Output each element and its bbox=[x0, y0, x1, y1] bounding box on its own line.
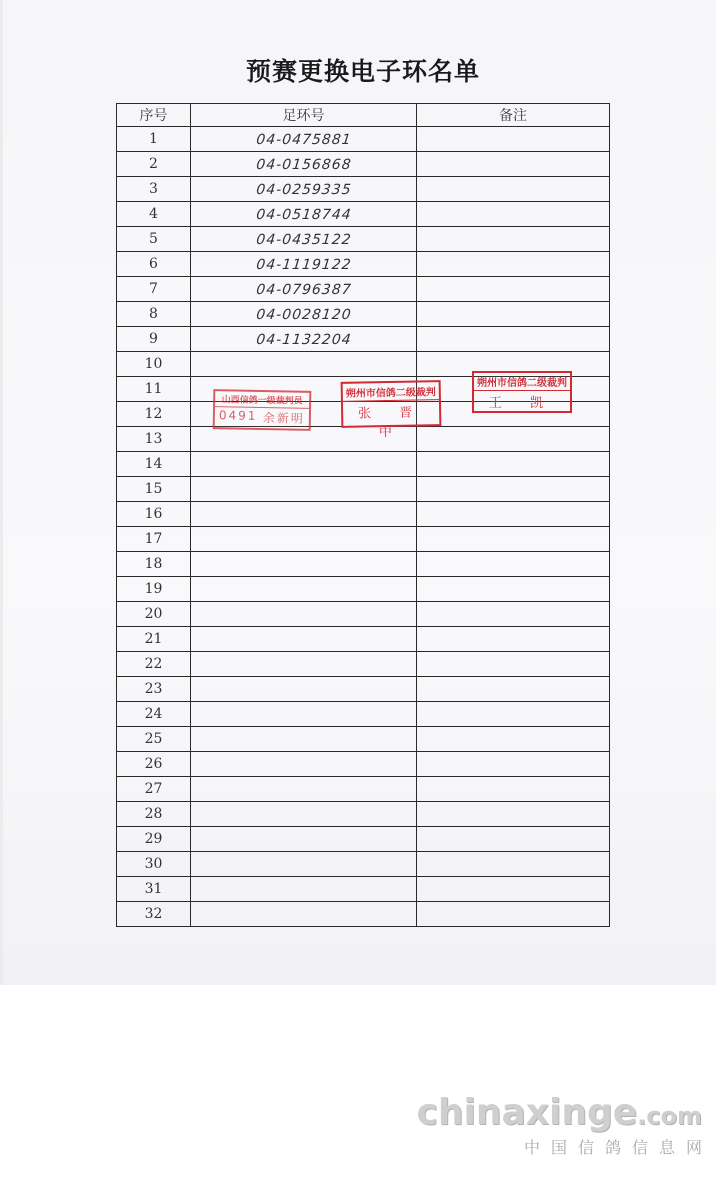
stamp-org: 朔州市信鸽二级裁判 bbox=[474, 373, 570, 391]
remarks-cell bbox=[417, 152, 610, 177]
remarks-cell bbox=[417, 902, 610, 927]
row-index: 12 bbox=[117, 402, 191, 427]
ring-number-cell bbox=[189, 827, 418, 852]
remarks-cell bbox=[417, 202, 610, 227]
row-index: 11 bbox=[117, 377, 191, 402]
row-index: 22 bbox=[117, 652, 191, 677]
header-index: 序号 bbox=[117, 104, 191, 127]
remarks-cell bbox=[417, 827, 610, 852]
ring-number-cell bbox=[189, 777, 418, 802]
ring-number-cell bbox=[189, 527, 418, 552]
ring-number-cell bbox=[189, 852, 418, 877]
watermark-site-name: chinaxinge.com bbox=[417, 1092, 702, 1133]
ring-number-cell: 04-1132204 bbox=[189, 327, 418, 352]
ring-number-cell: 04-0518744 bbox=[189, 202, 418, 227]
table-row: 804-0028120 bbox=[117, 302, 610, 327]
row-index: 19 bbox=[117, 577, 191, 602]
remarks-cell bbox=[417, 777, 610, 802]
remarks-cell bbox=[417, 727, 610, 752]
ring-number-cell: 04-0796387 bbox=[189, 277, 418, 302]
remarks-cell bbox=[417, 302, 610, 327]
row-index: 10 bbox=[117, 352, 191, 377]
table-row: 23 bbox=[117, 677, 610, 702]
row-index: 32 bbox=[117, 902, 191, 927]
table-row: 104-0475881 bbox=[117, 127, 610, 152]
ring-number-cell bbox=[189, 802, 418, 827]
row-index: 17 bbox=[117, 527, 191, 552]
ring-number-cell bbox=[189, 552, 418, 577]
ring-number-cell bbox=[189, 477, 418, 502]
ring-number-cell bbox=[189, 577, 418, 602]
table-row: 16 bbox=[117, 502, 610, 527]
table-row: 24 bbox=[117, 702, 610, 727]
ring-number-cell bbox=[189, 352, 418, 377]
referee-stamp-3: 朔州市信鸽二级裁判 王 凯 bbox=[472, 371, 572, 413]
ring-number-cell: 04-0435122 bbox=[189, 227, 418, 252]
table-body: 104-0475881204-0156868304-0259335404-051… bbox=[117, 127, 610, 927]
table-row: 28 bbox=[117, 802, 610, 827]
ring-number-cell bbox=[189, 727, 418, 752]
row-index: 30 bbox=[117, 852, 191, 877]
ring-number-cell: 04-0475881 bbox=[189, 127, 418, 152]
row-index: 3 bbox=[117, 177, 191, 202]
row-index: 20 bbox=[117, 602, 191, 627]
row-index: 5 bbox=[117, 227, 191, 252]
ring-number-cell bbox=[189, 702, 418, 727]
scanned-paper: 预赛更换电子环名单 序号 足环号 备注 104-0475881204-01568… bbox=[0, 0, 716, 985]
stamp-org: 山西信鸽一级裁判员 bbox=[215, 391, 309, 409]
row-index: 26 bbox=[117, 752, 191, 777]
row-index: 14 bbox=[117, 452, 191, 477]
row-index: 21 bbox=[117, 627, 191, 652]
ring-number-cell bbox=[189, 877, 418, 902]
table-row: 27 bbox=[117, 777, 610, 802]
remarks-cell bbox=[417, 477, 610, 502]
table-row: 504-0435122 bbox=[117, 227, 610, 252]
ring-number-cell: 04-0156868 bbox=[189, 152, 418, 177]
remarks-cell bbox=[417, 577, 610, 602]
table-row: 31 bbox=[117, 877, 610, 902]
watermark-domain: chinaxinge bbox=[417, 1092, 638, 1133]
remarks-cell bbox=[417, 452, 610, 477]
table-row: 404-0518744 bbox=[117, 202, 610, 227]
table-row: 17 bbox=[117, 527, 610, 552]
row-index: 31 bbox=[117, 877, 191, 902]
remarks-cell bbox=[417, 252, 610, 277]
ring-number-cell bbox=[189, 652, 418, 677]
row-index: 23 bbox=[117, 677, 191, 702]
stamp-name: 余新明 bbox=[263, 409, 305, 427]
remarks-cell bbox=[417, 227, 610, 252]
row-index: 15 bbox=[117, 477, 191, 502]
row-index: 7 bbox=[117, 277, 191, 302]
header-ring-number: 足环号 bbox=[191, 104, 417, 127]
remarks-cell bbox=[417, 852, 610, 877]
remarks-cell bbox=[417, 627, 610, 652]
table-row: 25 bbox=[117, 727, 610, 752]
stamp-org: 朔州市信鸽二级裁判 bbox=[343, 382, 439, 402]
stamp-name: 王 凯 bbox=[474, 391, 570, 412]
table-row: 704-0796387 bbox=[117, 277, 610, 302]
remarks-cell bbox=[417, 752, 610, 777]
remarks-cell bbox=[417, 277, 610, 302]
table-row: 30 bbox=[117, 852, 610, 877]
remarks-cell bbox=[417, 552, 610, 577]
ring-number-cell bbox=[189, 602, 418, 627]
ring-number-cell: 04-0028120 bbox=[189, 302, 418, 327]
remarks-cell bbox=[417, 602, 610, 627]
table-row: 304-0259335 bbox=[117, 177, 610, 202]
remarks-cell bbox=[417, 802, 610, 827]
remarks-cell bbox=[417, 677, 610, 702]
table-row: 904-1132204 bbox=[117, 327, 610, 352]
table-row: 22 bbox=[117, 652, 610, 677]
row-index: 1 bbox=[117, 127, 191, 152]
table-row: 29 bbox=[117, 827, 610, 852]
remarks-cell bbox=[417, 652, 610, 677]
row-index: 4 bbox=[117, 202, 191, 227]
table-header-row: 序号 足环号 备注 bbox=[117, 104, 610, 127]
row-index: 28 bbox=[117, 802, 191, 827]
referee-stamp-1: 山西信鸽一级裁判员 0491 余新明 bbox=[213, 389, 312, 431]
remarks-cell bbox=[417, 127, 610, 152]
row-index: 8 bbox=[117, 302, 191, 327]
ring-number-cell bbox=[189, 677, 418, 702]
ring-number-cell bbox=[189, 452, 418, 477]
ring-number-cell bbox=[189, 627, 418, 652]
remarks-cell bbox=[417, 502, 610, 527]
watermark-tld: .com bbox=[637, 1102, 702, 1130]
row-index: 13 bbox=[117, 427, 191, 452]
ring-number-cell: 04-1119122 bbox=[189, 252, 418, 277]
table-row: 604-1119122 bbox=[117, 252, 610, 277]
ring-change-table: 序号 足环号 备注 104-0475881204-0156868304-0259… bbox=[116, 103, 610, 927]
ring-number-cell: 04-0259335 bbox=[189, 177, 418, 202]
site-watermark: chinaxinge.com 中国信鸽信息网 bbox=[417, 1092, 702, 1158]
ring-number-cell bbox=[189, 902, 418, 927]
table-row: 15 bbox=[117, 477, 610, 502]
remarks-cell bbox=[417, 327, 610, 352]
table-row: 14 bbox=[117, 452, 610, 477]
table-row: 18 bbox=[117, 552, 610, 577]
row-index: 25 bbox=[117, 727, 191, 752]
remarks-cell bbox=[417, 702, 610, 727]
table-row: 32 bbox=[117, 902, 610, 927]
row-index: 16 bbox=[117, 502, 191, 527]
table-row: 21 bbox=[117, 627, 610, 652]
row-index: 27 bbox=[117, 777, 191, 802]
table-row: 26 bbox=[117, 752, 610, 777]
row-index: 2 bbox=[117, 152, 191, 177]
row-index: 18 bbox=[117, 552, 191, 577]
table-row: 20 bbox=[117, 602, 610, 627]
table-row: 204-0156868 bbox=[117, 152, 610, 177]
row-index: 29 bbox=[117, 827, 191, 852]
referee-stamp-2: 朔州市信鸽二级裁判 张 晋 中 bbox=[341, 380, 442, 428]
ring-number-cell bbox=[189, 502, 418, 527]
row-index: 24 bbox=[117, 702, 191, 727]
ring-number-cell bbox=[189, 752, 418, 777]
stamp-id: 0491 bbox=[219, 408, 258, 426]
header-remarks: 备注 bbox=[417, 104, 610, 127]
remarks-cell bbox=[417, 177, 610, 202]
document-title: 预赛更换电子环名单 bbox=[3, 52, 720, 88]
watermark-subtitle: 中国信鸽信息网 bbox=[417, 1135, 713, 1158]
remarks-cell bbox=[417, 877, 610, 902]
row-index: 6 bbox=[117, 252, 191, 277]
stamp-name: 张 晋 中 bbox=[343, 400, 440, 442]
remarks-cell bbox=[417, 427, 610, 452]
remarks-cell bbox=[417, 527, 610, 552]
row-index: 9 bbox=[117, 327, 191, 352]
table-row: 19 bbox=[117, 577, 610, 602]
